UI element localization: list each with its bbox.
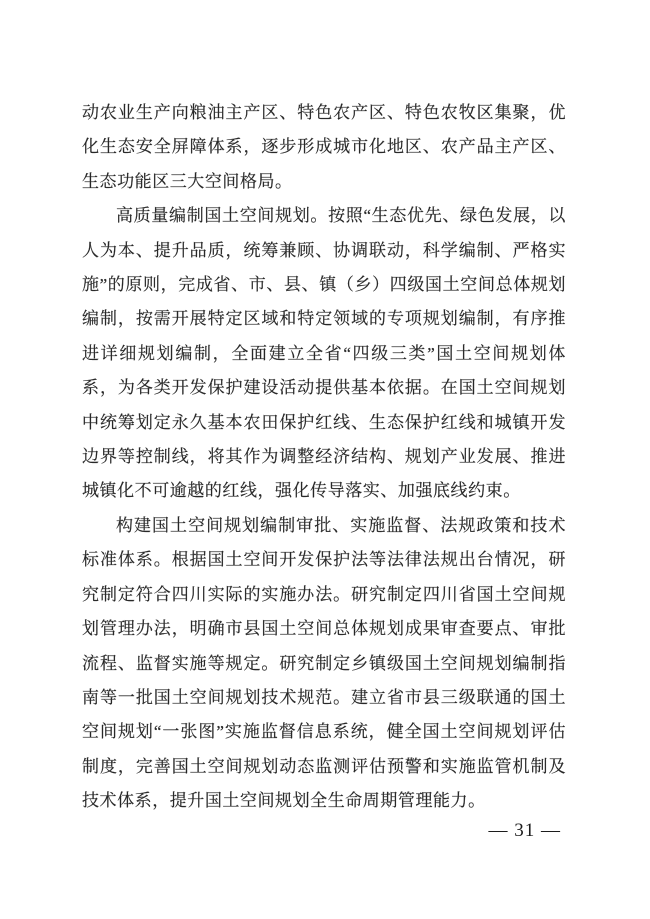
body-text-block: 动农业生产向粮油主产区、特色农产区、特色农牧区集聚，优化生态安全屏障体系，逐步形… bbox=[82, 96, 566, 819]
paragraph-planning-system-construction: 构建国土空间规划编制审批、实施监督、法规政策和技术标准体系。根据国土空间开发保护… bbox=[82, 509, 566, 819]
paragraph-continuation: 动农业生产向粮油主产区、特色农产区、特色农牧区集聚，优化生态安全屏障体系，逐步形… bbox=[82, 96, 566, 199]
page-number: — 31 — bbox=[489, 820, 562, 842]
paragraph-spatial-planning-compilation: 高质量编制国土空间规划。按照“生态优先、绿色发展，以人为本、提升品质，统筹兼顾、… bbox=[82, 199, 566, 509]
document-page: 动农业生产向粮油主产区、特色农产区、特色农牧区集聚，优化生态安全屏障体系，逐步形… bbox=[0, 0, 650, 919]
